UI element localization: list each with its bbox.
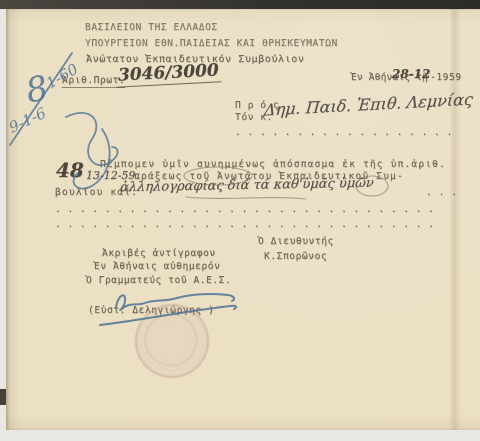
body-dotted-line-2: . . . . . . . . . . . . . . . . . . . . … bbox=[55, 219, 434, 230]
certification-exact-copy: Ἀκριβές ἀντίγραφον bbox=[102, 248, 216, 259]
margin-note-upper-number: 8 bbox=[22, 68, 51, 112]
body-act-number-handwritten: 48 bbox=[56, 158, 84, 182]
body-line1: Πέμπομεν ὑμῖν συνημμένως ἀπόσπασμα ἐκ τῆ… bbox=[100, 159, 446, 170]
round-stamp bbox=[135, 304, 209, 378]
recipient-name-handwritten: Δημ. Παιδ. Ἐπιθ. Λεμνίας bbox=[263, 89, 473, 119]
certification-place-day: Ἐν Ἀθήναις αὐθημερόν bbox=[94, 261, 220, 272]
pencil-underline-wave bbox=[186, 197, 306, 199]
dateline-year: -1959 bbox=[430, 72, 462, 83]
protocol-number-handwritten: 3046/3000 bbox=[115, 60, 221, 87]
body-line3-handwritten: ἀλληλογραφίας διά τά καθ'ὑμᾶς ὑμῶν bbox=[119, 176, 374, 195]
body-dotted-line-1: . . . . . . . . . . . . . . . . . . . . … bbox=[55, 204, 434, 215]
director-title: Ὁ Διευθυντής bbox=[258, 236, 334, 247]
header-kingdom: ΒΑΣΙΛΕΙΟΝ ΤΗΣ ΕΛΛΑΔΟΣ bbox=[85, 22, 218, 33]
certification-secretary-title: Ὁ Γραμματεύς τοῦ Α.Ε.Σ. bbox=[86, 275, 231, 286]
letter-paper: ΒΑΣΙΛΕΙΟΝ ΤΗΣ ΕΛΛΑΔΟΣ ΥΠΟΥΡΓΕΙΟΝ ΕΘΝ.ΠΑΙ… bbox=[6, 9, 480, 430]
scanned-document: ΒΑΣΙΛΕΙΟΝ ΤΗΣ ΕΛΛΑΔΟΣ ΥΠΟΥΡΓΕΙΟΝ ΕΘΝ.ΠΑΙ… bbox=[0, 0, 480, 441]
recipient-dotted-line: . . . . . . . . . . . . . . . . . . bbox=[235, 127, 453, 138]
header-ministry: ΥΠΟΥΡΓΕΙΟΝ ΕΘΝ.ΠΑΙΔΕΙΑΣ ΚΑΙ ΘΡΗΣΚΕΥΜΑΤΩΝ bbox=[85, 38, 338, 49]
scanner-edge-band bbox=[0, 0, 480, 9]
margin-slash-stroke bbox=[10, 53, 72, 145]
round-stamp-inner-ring bbox=[145, 314, 197, 366]
director-name: Κ.Σπορῶνος bbox=[264, 251, 327, 262]
body-trailing-dots: . . . bbox=[426, 187, 458, 198]
dateline-day-month: 28-12 bbox=[392, 67, 430, 81]
margin-note-lower-date: 9-1-6 bbox=[6, 104, 49, 137]
